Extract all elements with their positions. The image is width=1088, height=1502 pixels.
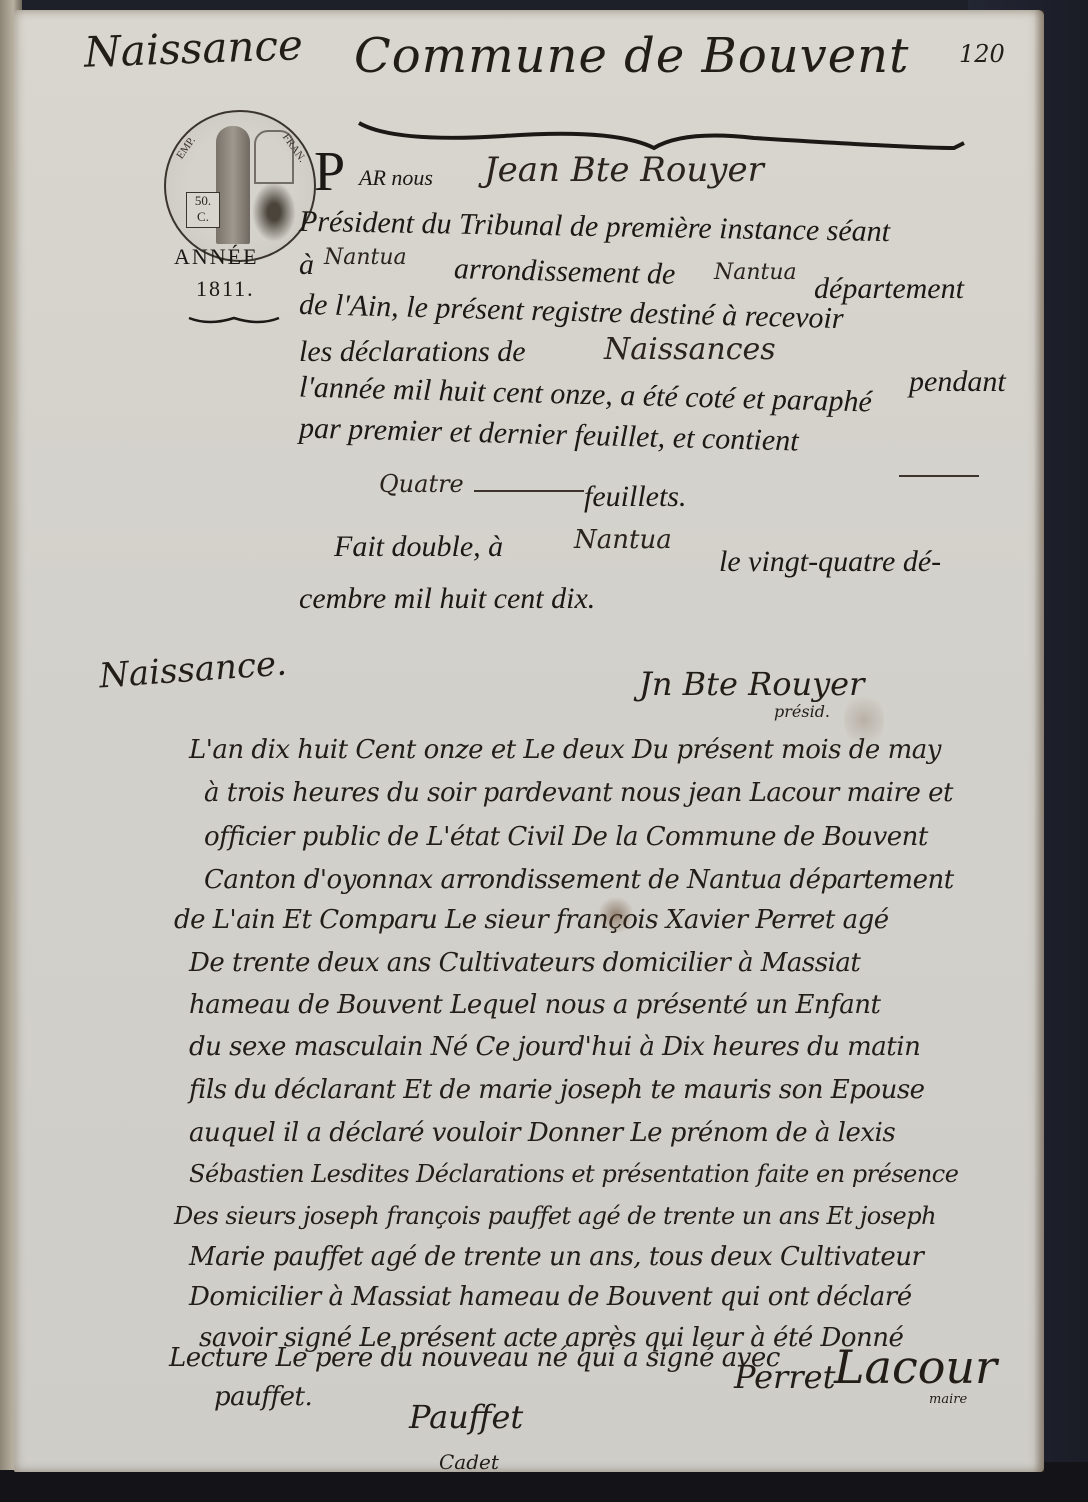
signature-cadet: Cadet <box>439 1450 499 1474</box>
stamp-value-unit: C. <box>187 209 219 225</box>
act-line: Marie pauffet agé de trente un ans, tous… <box>189 1242 923 1272</box>
form-line-7: par premier et dernier feuillet, et cont… <box>299 411 799 458</box>
form-line-8-printed: feuillets. <box>584 480 686 514</box>
annee-label: ANNÉE <box>174 244 259 270</box>
stamp-tablets-icon <box>254 130 294 184</box>
act-line: Lecture Le pere du nouveau né qui a sign… <box>169 1343 780 1373</box>
stamp-eagle-icon <box>252 182 296 242</box>
form-line-5-printed: les déclarations de <box>299 335 526 369</box>
form-line-1-printed: AR nous <box>359 165 433 191</box>
form-line-10: cembre mil huit cent dix. <box>299 582 595 616</box>
year-label: 1811. <box>196 276 255 302</box>
register-page: Naissance Commune de Bouvent 120 EMP. FR… <box>14 10 1044 1472</box>
fill-rule <box>474 490 584 492</box>
drop-cap: P <box>314 140 345 204</box>
act-line: L'an dix huit Cent onze et Le deux Du pr… <box>189 735 941 765</box>
margin-heading: Naissance <box>83 20 303 77</box>
year-flourish <box>184 310 284 330</box>
form-line-3-prefix: à <box>299 248 314 282</box>
form-line-8-filled: Quatre <box>379 470 464 498</box>
signature-maire-title: maire <box>929 1392 967 1407</box>
ink-stain <box>599 895 633 935</box>
folio-number: 120 <box>959 40 1005 68</box>
commune-heading: Commune de Bouvent <box>354 28 909 84</box>
blank-rule <box>899 475 979 477</box>
act-line: Sébastien Lesdites Déclarations et prése… <box>189 1160 958 1188</box>
form-line-9-prefix: Fait double, à <box>334 530 503 564</box>
water-stain <box>844 690 884 750</box>
signature-lacour: Lacour <box>834 1340 997 1394</box>
form-line-5-suffix: pendant <box>909 365 1006 399</box>
form-line-3-filled: Nantua <box>324 245 407 270</box>
act-margin-label: Naissance. <box>98 643 288 696</box>
form-line-5-filled: Naissances <box>604 332 776 367</box>
president-title: présid. <box>774 702 830 721</box>
act-line: à trois heures du soir pardevant nous je… <box>204 778 953 808</box>
act-line: De trente deux ans Cultivateurs domicili… <box>189 948 860 978</box>
act-line: de L'ain Et Comparu Le sieur françois Xa… <box>174 905 889 935</box>
act-line: fils du déclarant Et de marie joseph te … <box>189 1075 925 1105</box>
act-line: officier public de L'état Civil De la Co… <box>204 822 928 852</box>
tax-stamp: EMP. FRAN. 50. C. <box>164 110 316 262</box>
signature-pauffet: Pauffet <box>409 1398 523 1436</box>
stamp-value: 50. C. <box>186 192 220 228</box>
form-line-2: Président du Tribunal de première instan… <box>299 205 891 249</box>
act-line: Canton d'oyonnax arrondissement de Nantu… <box>204 865 954 895</box>
act-line: auquel il a déclaré vouloir Donner Le pr… <box>189 1118 895 1148</box>
act-line: hameau de Bouvent Lequel nous a présenté… <box>189 990 881 1020</box>
form-line-9-printed: le vingt-quatre dé- <box>719 545 941 579</box>
page-edge-shadow <box>1034 10 1044 1472</box>
act-line: du sexe masculain Né Ce jourd'hui à Dix … <box>189 1032 920 1062</box>
form-line-9-filled: Nantua <box>574 525 672 555</box>
form-line-3-filled2: Nantua <box>714 260 797 285</box>
form-line-1-filled: Jean Bte Rouyer <box>484 150 764 190</box>
signature-perret: Perret <box>734 1358 835 1396</box>
act-line: pauffet. <box>214 1382 312 1412</box>
stamp-value-number: 50. <box>187 193 219 209</box>
stamp-text-left: EMP. <box>174 135 198 162</box>
form-line-3-suffix: département <box>814 272 964 306</box>
act-line: Des sieurs joseph françois pauffet agé d… <box>174 1202 936 1230</box>
form-line-4: de l'Ain, le présent registre destiné à … <box>299 288 844 336</box>
form-line-3-printed: arrondissement de <box>454 252 676 292</box>
president-signature: Jn Bte Rouyer <box>639 665 864 703</box>
form-line-6: l'année mil huit cent onze, a été coté e… <box>299 371 873 420</box>
act-line: Domicilier à Massiat hameau de Bouvent q… <box>189 1282 912 1312</box>
stamp-figure-icon <box>216 126 250 244</box>
